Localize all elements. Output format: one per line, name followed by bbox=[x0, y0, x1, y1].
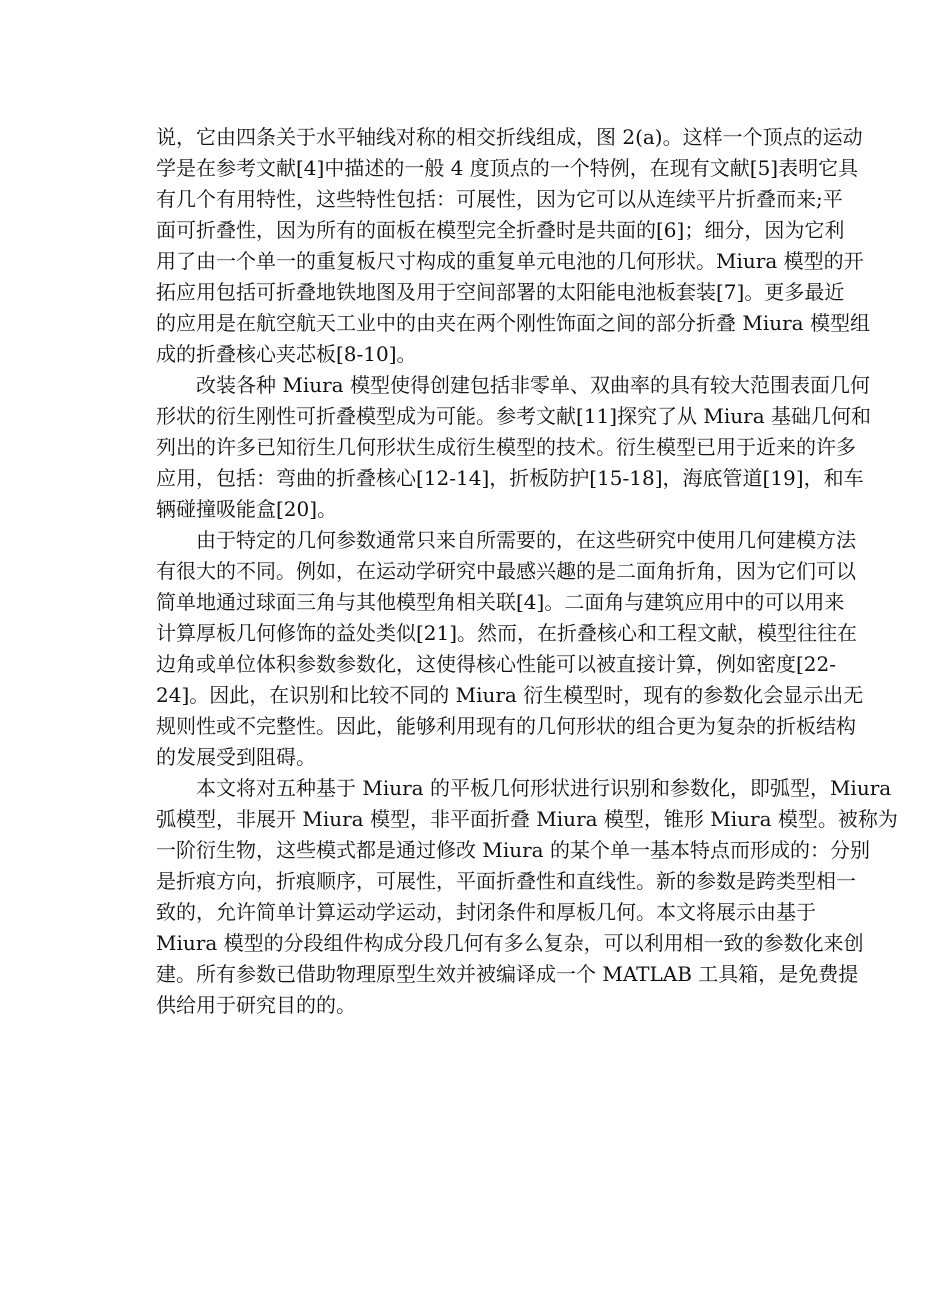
text-line: 计算厚板几何修饰的益处类似[21]。然而，在折叠核心和工程文献，模型往往在 bbox=[156, 618, 816, 649]
text-line: 致的，允许简单计算运动学运动，封闭条件和厚板几何。本文将展示由基于 bbox=[156, 897, 816, 928]
text-line: 列出的许多已知衍生几何形状生成衍生模型的技术。衍生模型已用于近来的许多 bbox=[156, 432, 816, 463]
text-line: 面可折叠性，因为所有的面板在模型完全折叠时是共面的[6]；细分，因为它利 bbox=[156, 215, 816, 246]
text-line: 本文将对五种基于 Miura 的平板几何形状进行识别和参数化，即弧型，Miura bbox=[156, 773, 816, 804]
text-line: 弧模型，非展开 Miura 模型，非平面折叠 Miura 模型，锥形 Miura… bbox=[156, 804, 816, 835]
text-line: 成的折叠核心夹芯板[8-10]。 bbox=[156, 339, 816, 370]
text-line: Miura 模型的分段组件构成分段几何有多么复杂，可以利用相一致的参数化来创 bbox=[156, 928, 816, 959]
text-line: 规则性或不完整性。因此，能够利用现有的几何形状的组合更为复杂的折板结构 bbox=[156, 711, 816, 742]
text-line: 用了由一个单一的重复板尺寸构成的重复单元电池的几何形状。Miura 模型的开 bbox=[156, 246, 816, 277]
text-line: 供给用于研究目的的。 bbox=[156, 990, 816, 1021]
text-line: 有很大的不同。例如，在运动学研究中最感兴趣的是二面角折角，因为它们可以 bbox=[156, 556, 816, 587]
text-line: 改装各种 Miura 模型使得创建包括非零单、双曲率的具有较大范围表面几何 bbox=[156, 370, 816, 401]
paragraph-1: 说，它由四条关于水平轴线对称的相交折线组成，图 2(a)。这样一个顶点的运动 学… bbox=[156, 122, 816, 370]
paragraph-2: 改装各种 Miura 模型使得创建包括非零单、双曲率的具有较大范围表面几何 形状… bbox=[156, 370, 816, 525]
text-line: 学是在参考文献[4]中描述的一般 4 度顶点的一个特例，在现有文献[5]表明它具 bbox=[156, 153, 816, 184]
text-line: 简单地通过球面三角与其他模型角相关联[4]。二面角与建筑应用中的可以用来 bbox=[156, 587, 816, 618]
paragraph-4: 本文将对五种基于 Miura 的平板几何形状进行识别和参数化，即弧型，Miura… bbox=[156, 773, 816, 1021]
text-line: 辆碰撞吸能盒[20]。 bbox=[156, 494, 816, 525]
text-line: 应用，包括：弯曲的折叠核心[12-14]，折板防护[15-18]，海底管道[19… bbox=[156, 463, 816, 494]
text-line: 建。所有参数已借助物理原型生效并被编译成一个 MATLAB 工具箱，是免费提 bbox=[156, 959, 816, 990]
text-line: 有几个有用特性，这些特性包括：可展性，因为它可以从连续平片折叠而来;平 bbox=[156, 184, 816, 215]
text-line: 由于特定的几何参数通常只来自所需要的，在这些研究中使用几何建模方法 bbox=[156, 525, 816, 556]
text-line: 说，它由四条关于水平轴线对称的相交折线组成，图 2(a)。这样一个顶点的运动 bbox=[156, 122, 816, 153]
text-line: 24]。因此，在识别和比较不同的 Miura 衍生模型时，现有的参数化会显示出无 bbox=[156, 680, 816, 711]
text-line: 的发展受到阻碍。 bbox=[156, 742, 816, 773]
text-line: 边角或单位体积参数参数化，这使得核心性能可以被直接计算，例如密度[22- bbox=[156, 649, 816, 680]
text-line: 的应用是在航空航天工业中的由夹在两个刚性饰面之间的部分折叠 Miura 模型组 bbox=[156, 308, 816, 339]
text-line: 形状的衍生刚性可折叠模型成为可能。参考文献[11]探究了从 Miura 基础几何… bbox=[156, 401, 816, 432]
document-page: 说，它由四条关于水平轴线对称的相交折线组成，图 2(a)。这样一个顶点的运动 学… bbox=[156, 122, 816, 1021]
text-line: 拓应用包括可折叠地铁地图及用于空间部署的太阳能电池板套装[7]。更多最近 bbox=[156, 277, 816, 308]
text-line: 是折痕方向，折痕顺序，可展性，平面折叠性和直线性。新的参数是跨类型相一 bbox=[156, 866, 816, 897]
paragraph-3: 由于特定的几何参数通常只来自所需要的，在这些研究中使用几何建模方法 有很大的不同… bbox=[156, 525, 816, 773]
text-line: 一阶衍生物，这些模式都是通过修改 Miura 的某个单一基本特点而形成的：分别 bbox=[156, 835, 816, 866]
